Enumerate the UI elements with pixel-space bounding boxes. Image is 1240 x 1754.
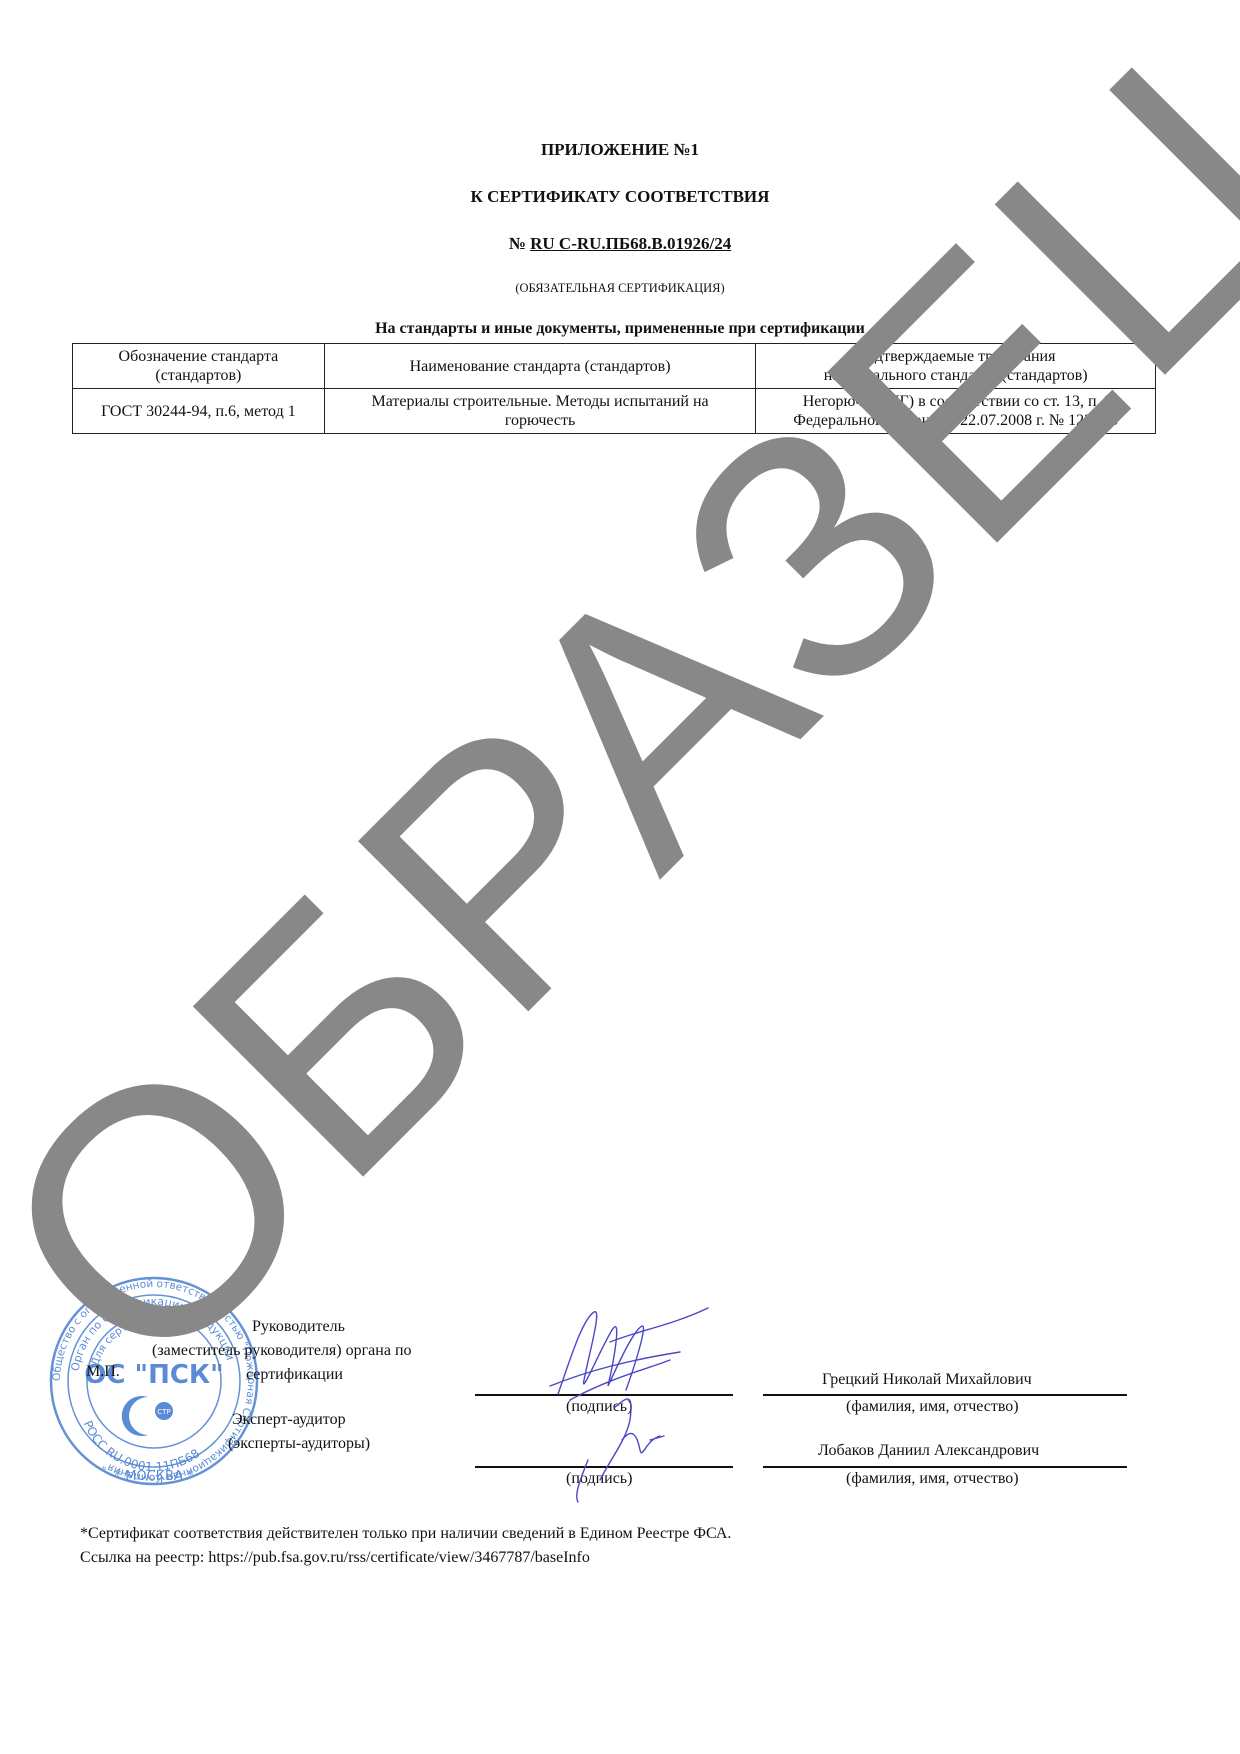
seal-place-label: М.П. (86, 1362, 120, 1382)
registry-label: Ссылка на реестр: (80, 1549, 204, 1566)
expert-name-line (763, 1466, 1127, 1468)
header-line: Подтверждаемые требования (762, 347, 1149, 366)
table-header-row: Обозначение стандарта (стандартов) Наиме… (73, 344, 1156, 389)
header-line: Обозначение стандарта (79, 347, 318, 366)
column-header-designation: Обозначение стандарта (стандартов) (73, 344, 325, 389)
appendix-title: ПРИЛОЖЕНИЕ №1 (0, 140, 1240, 160)
head-role-line-3: сертификации (246, 1365, 343, 1385)
expert-full-name: Лобаков Даниил Александрович (818, 1441, 1039, 1461)
column-header-name: Наименование стандарта (стандартов) (324, 344, 756, 389)
certificate-number: № RU C-RU.ПБ68.В.01926/24 (0, 234, 1240, 254)
certificate-subtitle: К СЕРТИФИКАТУ СООТВЕТСТВИЯ (0, 187, 1240, 207)
cell-designation: ГОСТ 30244-94, п.6, метод 1 (73, 389, 325, 434)
svg-text:* МОСКВА *: * МОСКВА * (115, 1469, 194, 1484)
cell-line: Материалы строительные. Методы испытаний… (331, 392, 750, 411)
number-value: RU C-RU.ПБ68.В.01926/24 (530, 234, 731, 253)
header-line: Наименование стандарта (стандартов) (331, 357, 750, 376)
header-line: (стандартов) (79, 366, 318, 385)
cell-line: Федерального закона от 22.07.2008 г. № 1… (762, 411, 1149, 430)
head-full-name: Грецкий Николай Михайлович (822, 1370, 1032, 1390)
mandatory-label: (ОБЯЗАТЕЛЬНАЯ СЕРТИФИКАЦИЯ) (0, 281, 1240, 296)
expert-name-caption: (фамилия, имя, отчество) (846, 1469, 1019, 1489)
expert-role-line-1: Эксперт-аудитор (232, 1410, 346, 1430)
standards-table: Обозначение стандарта (стандартов) Наиме… (72, 343, 1156, 434)
certification-stamp: Общество с ограниченной ответственностью… (48, 1275, 260, 1487)
head-role-line-2: (заместитель руководителя) органа по (152, 1341, 412, 1361)
watermark-text: ОБРАЗЕЦ (0, 95, 1240, 1446)
validity-note: *Сертификат соответствия действителен то… (80, 1522, 731, 1546)
svg-text:СТР: СТР (157, 1408, 170, 1416)
table-row: ГОСТ 30244-94, п.6, метод 1 Материалы ст… (73, 389, 1156, 434)
stamp-icon: Общество с ограниченной ответственностью… (48, 1275, 260, 1487)
expert-role-line-2: (эксперты-аудиторы) (228, 1434, 370, 1454)
head-role-line-1: Руководитель (252, 1317, 345, 1337)
header-line: национального стандарта (стандартов) (762, 366, 1149, 385)
cell-name: Материалы строительные. Методы испытаний… (324, 389, 756, 434)
registry-line: Ссылка на реестр: https://pub.fsa.gov.ru… (80, 1546, 590, 1570)
registry-link[interactable]: https://pub.fsa.gov.ru/rss/certificate/v… (208, 1549, 590, 1566)
number-prefix: № (509, 234, 526, 253)
head-name-line (763, 1394, 1127, 1396)
cell-line: ГОСТ 30244-94, п.6, метод 1 (79, 402, 318, 421)
head-name-caption: (фамилия, имя, отчество) (846, 1397, 1019, 1417)
cell-line: Негорючие (НГ) в соответствии со ст. 13,… (762, 392, 1149, 411)
cell-requirements: Негорючие (НГ) в соответствии со ст. 13,… (756, 389, 1156, 434)
column-header-requirements: Подтверждаемые требования национального … (756, 344, 1156, 389)
table-caption: На стандарты и иные документы, примененн… (0, 320, 1240, 338)
handwritten-signature-icon (530, 1290, 730, 1510)
cell-line: горючесть (331, 411, 750, 430)
